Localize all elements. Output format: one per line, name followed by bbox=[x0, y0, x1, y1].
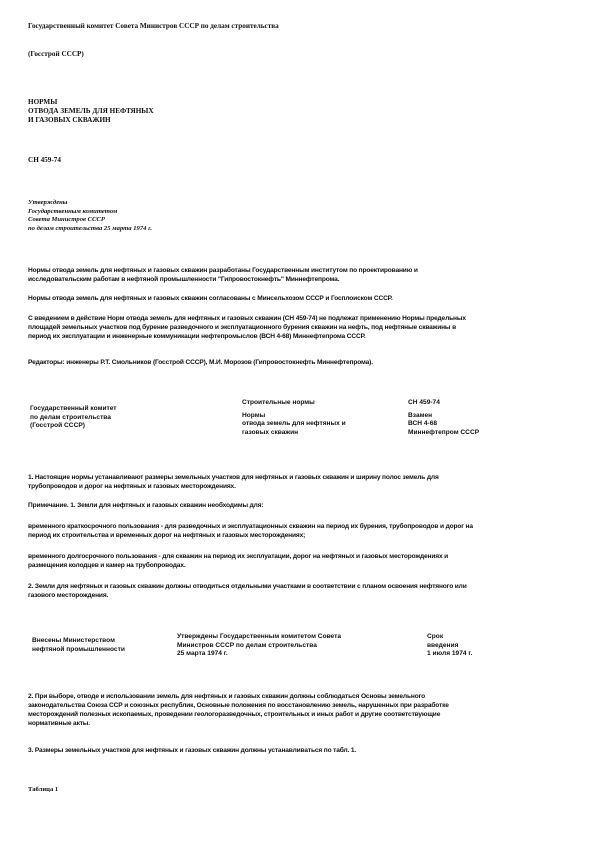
norms-code: СН 459-74 bbox=[408, 399, 479, 408]
approval-line: Утверждены bbox=[28, 199, 152, 208]
intro-paragraph-editors: Редакторы: инженеры Р.Т. Смольников (Гос… bbox=[28, 358, 568, 367]
approval-line: Государственным комитетом bbox=[28, 208, 152, 217]
note-1: Примечание. 1. Земли для нефтяных и газо… bbox=[28, 501, 568, 510]
clause-2-selection: 2. При выборе, отводе и использовании зе… bbox=[28, 692, 568, 728]
approval-line: по делам строительства 25 марта 1974 г. bbox=[28, 225, 152, 234]
norms-type: Строительные нормы bbox=[242, 399, 346, 408]
title-line: НОРМЫ bbox=[28, 98, 154, 107]
committee-header: Государственный комитет Совета Министров… bbox=[28, 22, 279, 31]
header-table-issuer: Государственный комитет по делам строите… bbox=[30, 405, 117, 431]
intro-paragraph-agreed: Нормы отвода земель для нефтяных и газов… bbox=[28, 294, 568, 303]
header-table-code: СН 459-74 Взамен ВСН 4-68 Миннефтепром С… bbox=[408, 399, 479, 437]
clause-1: 1. Настоящие нормы устанавливают размеры… bbox=[28, 473, 568, 491]
footer-table-approved: Утверждены Государственным комитетом Сов… bbox=[177, 633, 341, 659]
approval-block: Утверждены Государственным комитетом Сов… bbox=[28, 199, 152, 233]
intro-paragraph-replacement: С введением в действие Норм отвода земел… bbox=[28, 314, 568, 341]
title-line: ОТВОДА ЗЕМЕЛЬ ДЛЯ НЕФТЯНЫХ bbox=[28, 107, 154, 116]
short-term-use: временного краткосрочного пользования - … bbox=[28, 522, 568, 540]
footer-table-effective: Срок введения 1 июля 1974 г. bbox=[427, 633, 472, 659]
long-term-use: временного долгосрочного пользования - д… bbox=[28, 552, 568, 570]
document-title: НОРМЫ ОТВОДА ЗЕМЕЛЬ ДЛЯ НЕФТЯНЫХ И ГАЗОВ… bbox=[28, 98, 154, 125]
clause-2-allocation: 2. Земли для нефтяных и газовых скважин … bbox=[28, 582, 568, 600]
header-table-norms: Строительные нормы Нормы отвода земель д… bbox=[242, 399, 346, 437]
committee-abbr: (Госстрой СССР) bbox=[28, 50, 84, 59]
document-code: СН 459-74 bbox=[28, 156, 61, 165]
table-caption: Таблица 1 bbox=[28, 786, 58, 795]
approval-line: Совета Министров СССР bbox=[28, 216, 152, 225]
title-line: И ГАЗОВЫХ СКВАЖИН bbox=[28, 116, 154, 125]
footer-table-submitted: Внесены Министерством нефтяной промышлен… bbox=[32, 637, 125, 654]
clause-3-sizes: 3. Размеры земельных участков для нефтян… bbox=[28, 746, 568, 755]
intro-paragraph-developers: Нормы отвода земель для нефтяных и газов… bbox=[28, 266, 568, 284]
